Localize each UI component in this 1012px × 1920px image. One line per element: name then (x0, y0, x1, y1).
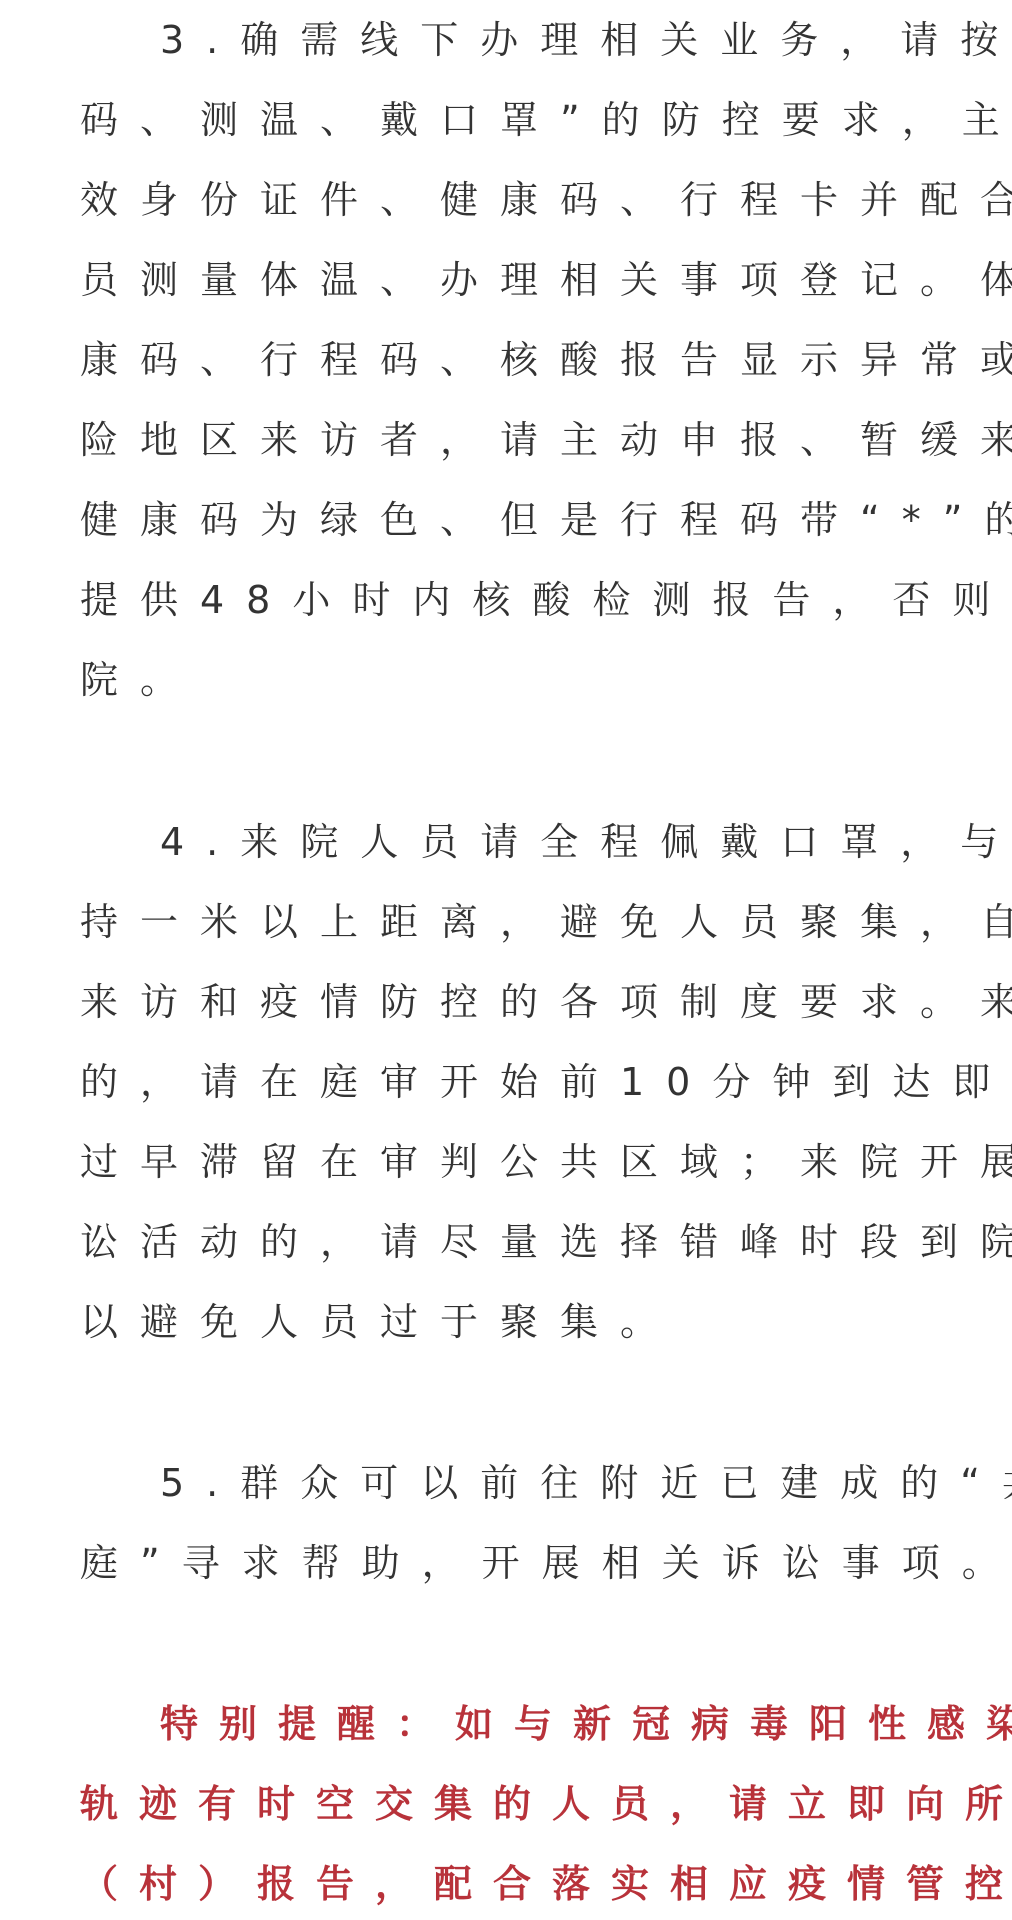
text-line: 过早滞留在审判公共区域；来院开展其他诉 (80, 1122, 940, 1202)
text-line: 健康码为绿色、但是行程码带“*”的一律要求 (80, 480, 940, 560)
special-reminder: 特别提醒：如与新冠病毒阳性感染者活动 轨迹有时空交集的人员，请立即向所在社区 （… (80, 1684, 940, 1920)
text-line: 来访和疫情防控的各项制度要求。来院开庭 (80, 962, 940, 1042)
paragraph-item-4: 4.来院人员请全程佩戴口罩，与他人保 持一米以上距离，避免人员聚集，自觉遵守 来… (80, 802, 940, 1362)
text-line: 庭”寻求帮助，开展相关诉讼事项。 (80, 1523, 940, 1603)
text-line: 提供48小时内核酸检测报告，否则不得入 (80, 560, 940, 640)
text-line: 5.群众可以前往附近已建成的“共享法 (80, 1443, 940, 1523)
paragraph-item-5: 5.群众可以前往附近已建成的“共享法 庭”寻求帮助，开展相关诉讼事项。 (80, 1443, 940, 1603)
text-line: 以避免人员过于聚集。 (80, 1282, 940, 1362)
text-line: 的，请在庭审开始前10分钟到达即可，不要 (80, 1042, 940, 1122)
text-line: 轨迹有时空交集的人员，请立即向所在社区 (80, 1764, 940, 1844)
text-line: （村）报告，配合落实相应疫情管控措施。 (80, 1844, 940, 1920)
text-line: 效身份证件、健康码、行程卡并配合工作人 (80, 160, 940, 240)
paragraph-item-3: 3.确需线下办理相关业务，请按照“亮 码、测温、戴口罩”的防控要求，主动出示有 … (80, 0, 940, 720)
text-line: 险地区来访者，请主动申报、暂缓来访，对 (80, 400, 940, 480)
text-line: 码、测温、戴口罩”的防控要求，主动出示有 (80, 80, 940, 160)
text-line: 康码、行程码、核酸报告显示异常或中高风 (80, 320, 940, 400)
text-line: 讼活动的，请尽量选择错峰时段到院办理， (80, 1202, 940, 1282)
text-line: 院。 (80, 640, 940, 720)
text-line: 4.来院人员请全程佩戴口罩，与他人保 (80, 802, 940, 882)
text-line: 3.确需线下办理相关业务，请按照“亮 (80, 0, 940, 80)
text-line: 员测量体温、办理相关事项登记。体温、健 (80, 240, 940, 320)
text-line: 特别提醒：如与新冠病毒阳性感染者活动 (80, 1684, 940, 1764)
text-line: 持一米以上距离，避免人员聚集，自觉遵守 (80, 882, 940, 962)
